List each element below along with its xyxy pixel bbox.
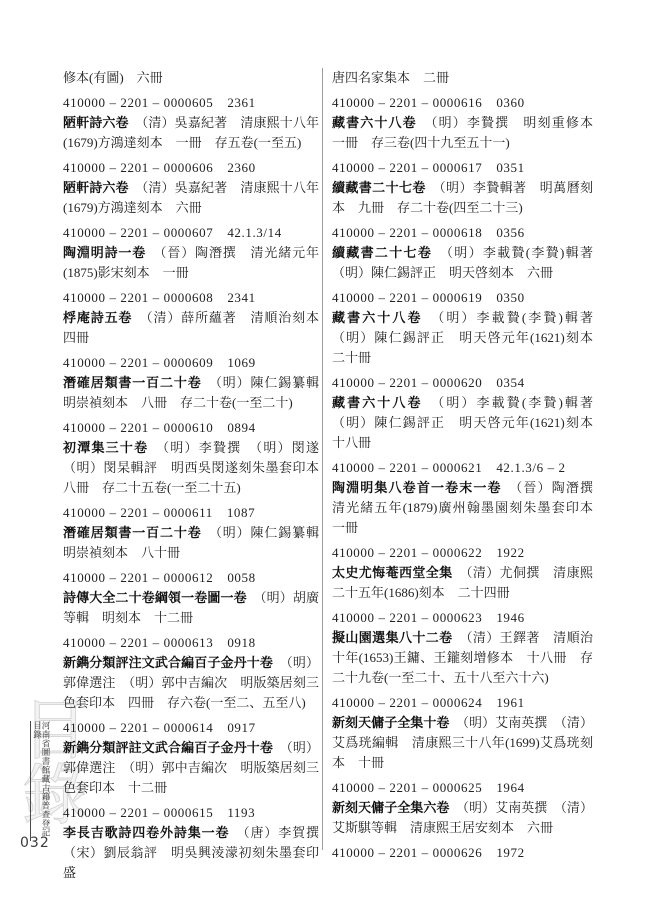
entry-code-line: 410000 – 2201 – 00006261972 [332, 843, 593, 863]
catalog-entry: 410000 – 2201 – 000062142.1.3/6 – 2陶淵明集八… [332, 458, 593, 538]
entry-title: 擬山園選集八十二卷 [332, 630, 466, 645]
entry-code: 410000 – 2201 – 0000607 [63, 225, 213, 240]
entry-text: 新鐫分類評注文武合編百子金丹十卷（明）郭偉選注 （明）郭中吉編次 明版築居刻三色… [63, 653, 319, 713]
entry-text: 新刻天傭子全集六卷（明）艾南英撰 （清）艾斯騏等輯 清康熙王居安刻本 六冊 [332, 798, 593, 838]
entry-title: 陶淵明集八卷首一卷末一卷 [332, 480, 516, 495]
entry-code-line: 410000 – 2201 – 00006190350 [332, 288, 593, 308]
entry-code-line: 410000 – 2201 – 00006200354 [332, 373, 593, 393]
entry-title: 初潭集三十卷 [63, 440, 163, 455]
entry-code: 410000 – 2201 – 0000623 [332, 610, 482, 625]
entry-shelf-number: 0356 [496, 225, 524, 240]
entry-shelf-number: 0058 [227, 570, 255, 585]
entry-code-line: 410000 – 2201 – 00006052361 [63, 93, 319, 113]
entry-shelf-number: 0350 [496, 290, 524, 305]
entry-title: 詩傳大全二十卷綱領一卷圖一卷 [63, 590, 260, 605]
entry-code-line: 410000 – 2201 – 00006251964 [332, 778, 593, 798]
entry-code: 410000 – 2201 – 0000617 [332, 160, 482, 175]
left-column: 修本(有圖) 六冊410000 – 2201 – 00006052361陋軒詩六… [63, 68, 319, 888]
entry-shelf-number: 0918 [227, 635, 255, 650]
entry-shelf-number: 42.1.3/14 [227, 225, 282, 240]
entry-title: 陶淵明詩一卷 [63, 245, 160, 260]
entry-text: 陋軒詩六卷（清）吳嘉紀著 清康熙十八年(1679)方鴻達刻本 一冊 存五卷(一至… [63, 113, 319, 153]
entry-code: 410000 – 2201 – 0000610 [63, 420, 213, 435]
page-number: 032 [20, 835, 50, 851]
catalog-entry: 410000 – 2201 – 00006111087潛確居類書一百二十卷（明）… [63, 503, 319, 563]
entry-text: 擬山園選集八十二卷（清）王鐸著 清順治十年(1653)王鏞、王鑨刻增修本 十八冊… [332, 628, 593, 688]
entry-text: 詩傳大全二十卷綱領一卷圖一卷（明）胡廣等輯 明刻本 十二冊 [63, 588, 319, 628]
entry-code: 410000 – 2201 – 0000618 [332, 225, 482, 240]
entry-code: 410000 – 2201 – 0000612 [63, 570, 213, 585]
entry-code: 410000 – 2201 – 0000614 [63, 720, 213, 735]
entry-code-line: 410000 – 2201 – 00006151193 [63, 803, 319, 823]
entry-code-line: 410000 – 2201 – 00006091069 [63, 353, 319, 373]
entry-code: 410000 – 2201 – 0000626 [332, 845, 482, 860]
catalog-entry: 410000 – 2201 – 00006151193李長吉歌詩四卷外詩集一卷（… [63, 803, 319, 883]
entry-code: 410000 – 2201 – 0000605 [63, 95, 213, 110]
catalog-entry: 410000 – 2201 – 00006231946擬山園選集八十二卷（清）王… [332, 608, 593, 688]
entry-text: 陶淵明詩一卷（晉）陶潛撰 清光緒元年(1875)影宋刻本 一冊 [63, 243, 319, 283]
entry-title: 藏書六十八卷 [332, 115, 431, 130]
entry-text: 續藏書二十七卷（明）李載贄(李贄)輯著 （明）陳仁錫評正 明天啓刻本 六冊 [332, 243, 593, 283]
entry-code-line: 410000 – 2201 – 00006221922 [332, 543, 593, 563]
catalog-entry: 410000 – 2201 – 00006200354藏書六十八卷（明）李載贄(… [332, 373, 593, 453]
entry-shelf-number: 1069 [227, 355, 255, 370]
entry-text: 唐四名家集本 二冊 [332, 68, 593, 88]
entry-title: 陋軒詩六卷 [63, 115, 142, 130]
catalog-entry: 410000 – 2201 – 00006130918新鐫分類評注文武合編百子金… [63, 633, 319, 713]
column-divider [322, 68, 323, 850]
entry-code: 410000 – 2201 – 0000613 [63, 635, 213, 650]
entry-shelf-number: 0354 [496, 375, 524, 390]
entry-title: 新鐫分類評註文武合編百子金丹十卷 [63, 740, 286, 755]
entry-title: 續藏書二十七卷 [332, 245, 446, 260]
catalog-entry: 410000 – 2201 – 00006180356續藏書二十七卷（明）李載贄… [332, 223, 593, 283]
entry-title: 新鐫分類評注文武合編百子金丹十卷 [63, 655, 286, 670]
entry-code: 410000 – 2201 – 0000611 [63, 505, 213, 520]
entry-shelf-number: 0917 [227, 720, 255, 735]
entry-shelf-number: 1964 [496, 780, 524, 795]
entry-shelf-number: 1922 [496, 545, 524, 560]
entry-text: 陶淵明集八卷首一卷末一卷（晉）陶潛撰 清光緒五年(1879)廣州翰墨園刻朱墨套印… [332, 478, 593, 538]
entry-title: 潛確居類書一百二十卷 [63, 375, 215, 390]
spine-title: 河南省圖書館藏古籍普查登記目錄 [30, 721, 50, 841]
entry-title: 藏書六十八卷 [332, 395, 438, 410]
entry-text: 藏書六十八卷（明）李載贄(李贄)輯著 （明）陳仁錫評正 明天啓元年(1621)刻… [332, 393, 593, 453]
catalog-page-body: 修本(有圖) 六冊410000 – 2201 – 00006052361陋軒詩六… [63, 68, 593, 888]
catalog-entry: 410000 – 2201 – 00006052361陋軒詩六卷（清）吳嘉紀著 … [63, 93, 319, 153]
entry-code-line: 410000 – 2201 – 00006231946 [332, 608, 593, 628]
entry-text: 太史尤悔菴西堂全集（清）尤侗撰 清康熙二十五年(1686)刻本 二十四冊 [332, 563, 593, 603]
entry-code: 410000 – 2201 – 0000624 [332, 695, 482, 710]
entry-text: 陋軒詩六卷（清）吳嘉紀著 清康熙十八年(1679)方鴻達刻本 六冊 [63, 178, 319, 218]
catalog-entry: 410000 – 2201 – 00006261972 [332, 843, 593, 863]
entry-code: 410000 – 2201 – 0000615 [63, 805, 213, 820]
entry-title: 潛確居類書一百二十卷 [63, 525, 215, 540]
catalog-entry: 410000 – 2201 – 00006241961新刻天傭子全集十卷（明）艾… [332, 693, 593, 773]
entry-shelf-number: 1972 [496, 845, 524, 860]
entry-code: 410000 – 2201 – 0000622 [332, 545, 482, 560]
continuation-text: 唐四名家集本 二冊 [332, 70, 449, 85]
catalog-entry: 410000 – 2201 – 00006082341桴庵詩五卷（清）薛所蘊著 … [63, 288, 319, 348]
entry-code-line: 410000 – 2201 – 00006062360 [63, 158, 319, 178]
entry-shelf-number: 1961 [496, 695, 524, 710]
entry-title: 新刻天傭子全集十卷 [332, 715, 463, 730]
catalog-entry: 410000 – 2201 – 00006160360藏書六十八卷（明）李贄撰 … [332, 93, 593, 153]
entry-code: 410000 – 2201 – 0000625 [332, 780, 482, 795]
catalog-entry: 410000 – 2201 – 00006120058詩傳大全二十卷綱領一卷圖一… [63, 568, 319, 628]
entry-code-line: 410000 – 2201 – 000062142.1.3/6 – 2 [332, 458, 593, 478]
catalog-entry: 410000 – 2201 – 00006091069潛確居類書一百二十卷（明）… [63, 353, 319, 413]
entry-text: 李長吉歌詩四卷外詩集一卷（唐）李賀撰 （宋）劉辰翁評 明吳興淩濛初刻朱墨套印盛 [63, 823, 319, 883]
entry-title: 藏書六十八卷 [332, 310, 438, 325]
entry-text: 初潭集三十卷（明）李贄撰 （明）閔遂 （明）閔杲輯評 明西吳閔遂刻朱墨套印本 八… [63, 438, 319, 498]
entry-shelf-number: 1193 [227, 805, 255, 820]
entry-title: 桴庵詩五卷 [63, 310, 146, 325]
entry-shelf-number: 42.1.3/6 – 2 [496, 460, 565, 475]
entry-text: 桴庵詩五卷（清）薛所蘊著 清順治刻本 四冊 [63, 308, 319, 348]
entry-code-line: 410000 – 2201 – 000060742.1.3/14 [63, 223, 319, 243]
entry-code-line: 410000 – 2201 – 00006100894 [63, 418, 319, 438]
entry-code-line: 410000 – 2201 – 00006180356 [332, 223, 593, 243]
entry-text: 新刻天傭子全集十卷（明）艾南英撰 （清）艾爲珖編輯 清康熙三十八年(1699)艾… [332, 713, 593, 773]
catalog-entry: 410000 – 2201 – 00006170351續藏書二十七卷（明）李贄輯… [332, 158, 593, 218]
entry-text: 潛確居類書一百二十卷（明）陳仁錫纂輯 明崇禎刻本 八冊 存二十卷(一至二十) [63, 373, 319, 413]
entry-title: 新刻天傭子全集六卷 [332, 800, 463, 815]
entry-shelf-number: 0360 [496, 95, 524, 110]
continuation-text: 修本(有圖) 六冊 [63, 70, 163, 85]
catalog-entry: 410000 – 2201 – 00006190350藏書六十八卷（明）李載贄(… [332, 288, 593, 368]
entry-code: 410000 – 2201 – 0000621 [332, 460, 482, 475]
entry-code-line: 410000 – 2201 – 00006120058 [63, 568, 319, 588]
entry-code-line: 410000 – 2201 – 00006111087 [63, 503, 319, 523]
entry-code: 410000 – 2201 – 0000619 [332, 290, 482, 305]
catalog-entry: 410000 – 2201 – 000060742.1.3/14陶淵明詩一卷（晉… [63, 223, 319, 283]
entry-title: 李長吉歌詩四卷外詩集一卷 [63, 825, 243, 840]
entry-text: 續藏書二十七卷（明）李贄輯著 明萬曆刻本 九冊 存二十卷(四至二十三) [332, 178, 593, 218]
entry-code-line: 410000 – 2201 – 00006082341 [63, 288, 319, 308]
entry-title: 陋軒詩六卷 [63, 180, 142, 195]
entry-code-line: 410000 – 2201 – 00006130918 [63, 633, 319, 653]
entry-shelf-number: 0894 [227, 420, 255, 435]
entry-text: 潛確居類書一百二十卷（明）陳仁錫纂輯 明崇禎刻本 八十冊 [63, 523, 319, 563]
entry-code: 410000 – 2201 – 0000609 [63, 355, 213, 370]
entry-code: 410000 – 2201 – 0000608 [63, 290, 213, 305]
entry-text: 修本(有圖) 六冊 [63, 68, 319, 88]
entry-code-line: 410000 – 2201 – 00006241961 [332, 693, 593, 713]
entry-title: 續藏書二十七卷 [332, 180, 439, 195]
entry-text: 新鐫分類評註文武合編百子金丹十卷（明）郭偉選注 （明）郭中吉編次 明版築居刻三色… [63, 738, 319, 798]
entry-text: 藏書六十八卷（明）李贄撰 明刻重修本 一冊 存三卷(四十九至五十一) [332, 113, 593, 153]
catalog-entry: 410000 – 2201 – 00006251964新刻天傭子全集六卷（明）艾… [332, 778, 593, 838]
entry-code-line: 410000 – 2201 – 00006170351 [332, 158, 593, 178]
entry-code: 410000 – 2201 – 0000606 [63, 160, 213, 175]
entry-code: 410000 – 2201 – 0000620 [332, 375, 482, 390]
entry-code-line: 410000 – 2201 – 00006160360 [332, 93, 593, 113]
catalog-entry: 410000 – 2201 – 00006100894初潭集三十卷（明）李贄撰 … [63, 418, 319, 498]
entry-shelf-number: 2341 [227, 290, 255, 305]
catalog-entry: 410000 – 2201 – 00006221922太史尤悔菴西堂全集（清）尤… [332, 543, 593, 603]
right-column: 唐四名家集本 二冊410000 – 2201 – 00006160360藏書六十… [332, 68, 593, 868]
catalog-entry: 唐四名家集本 二冊 [332, 68, 593, 88]
catalog-entry: 修本(有圖) 六冊 [63, 68, 319, 88]
entry-shelf-number: 1946 [496, 610, 524, 625]
catalog-entry: 410000 – 2201 – 00006062360陋軒詩六卷（清）吳嘉紀著 … [63, 158, 319, 218]
entry-shelf-number: 2361 [227, 95, 255, 110]
entry-shelf-number: 1087 [227, 505, 255, 520]
entry-code: 410000 – 2201 – 0000616 [332, 95, 482, 110]
catalog-entry: 410000 – 2201 – 00006140917新鐫分類評註文武合編百子金… [63, 718, 319, 798]
entry-code-line: 410000 – 2201 – 00006140917 [63, 718, 319, 738]
entry-text: 藏書六十八卷（明）李載贄(李贄)輯著 （明）陳仁錫評正 明天啓元年(1621)刻… [332, 308, 593, 368]
entry-title: 太史尤悔菴西堂全集 [332, 565, 466, 580]
entry-shelf-number: 0351 [496, 160, 524, 175]
entry-shelf-number: 2360 [227, 160, 255, 175]
